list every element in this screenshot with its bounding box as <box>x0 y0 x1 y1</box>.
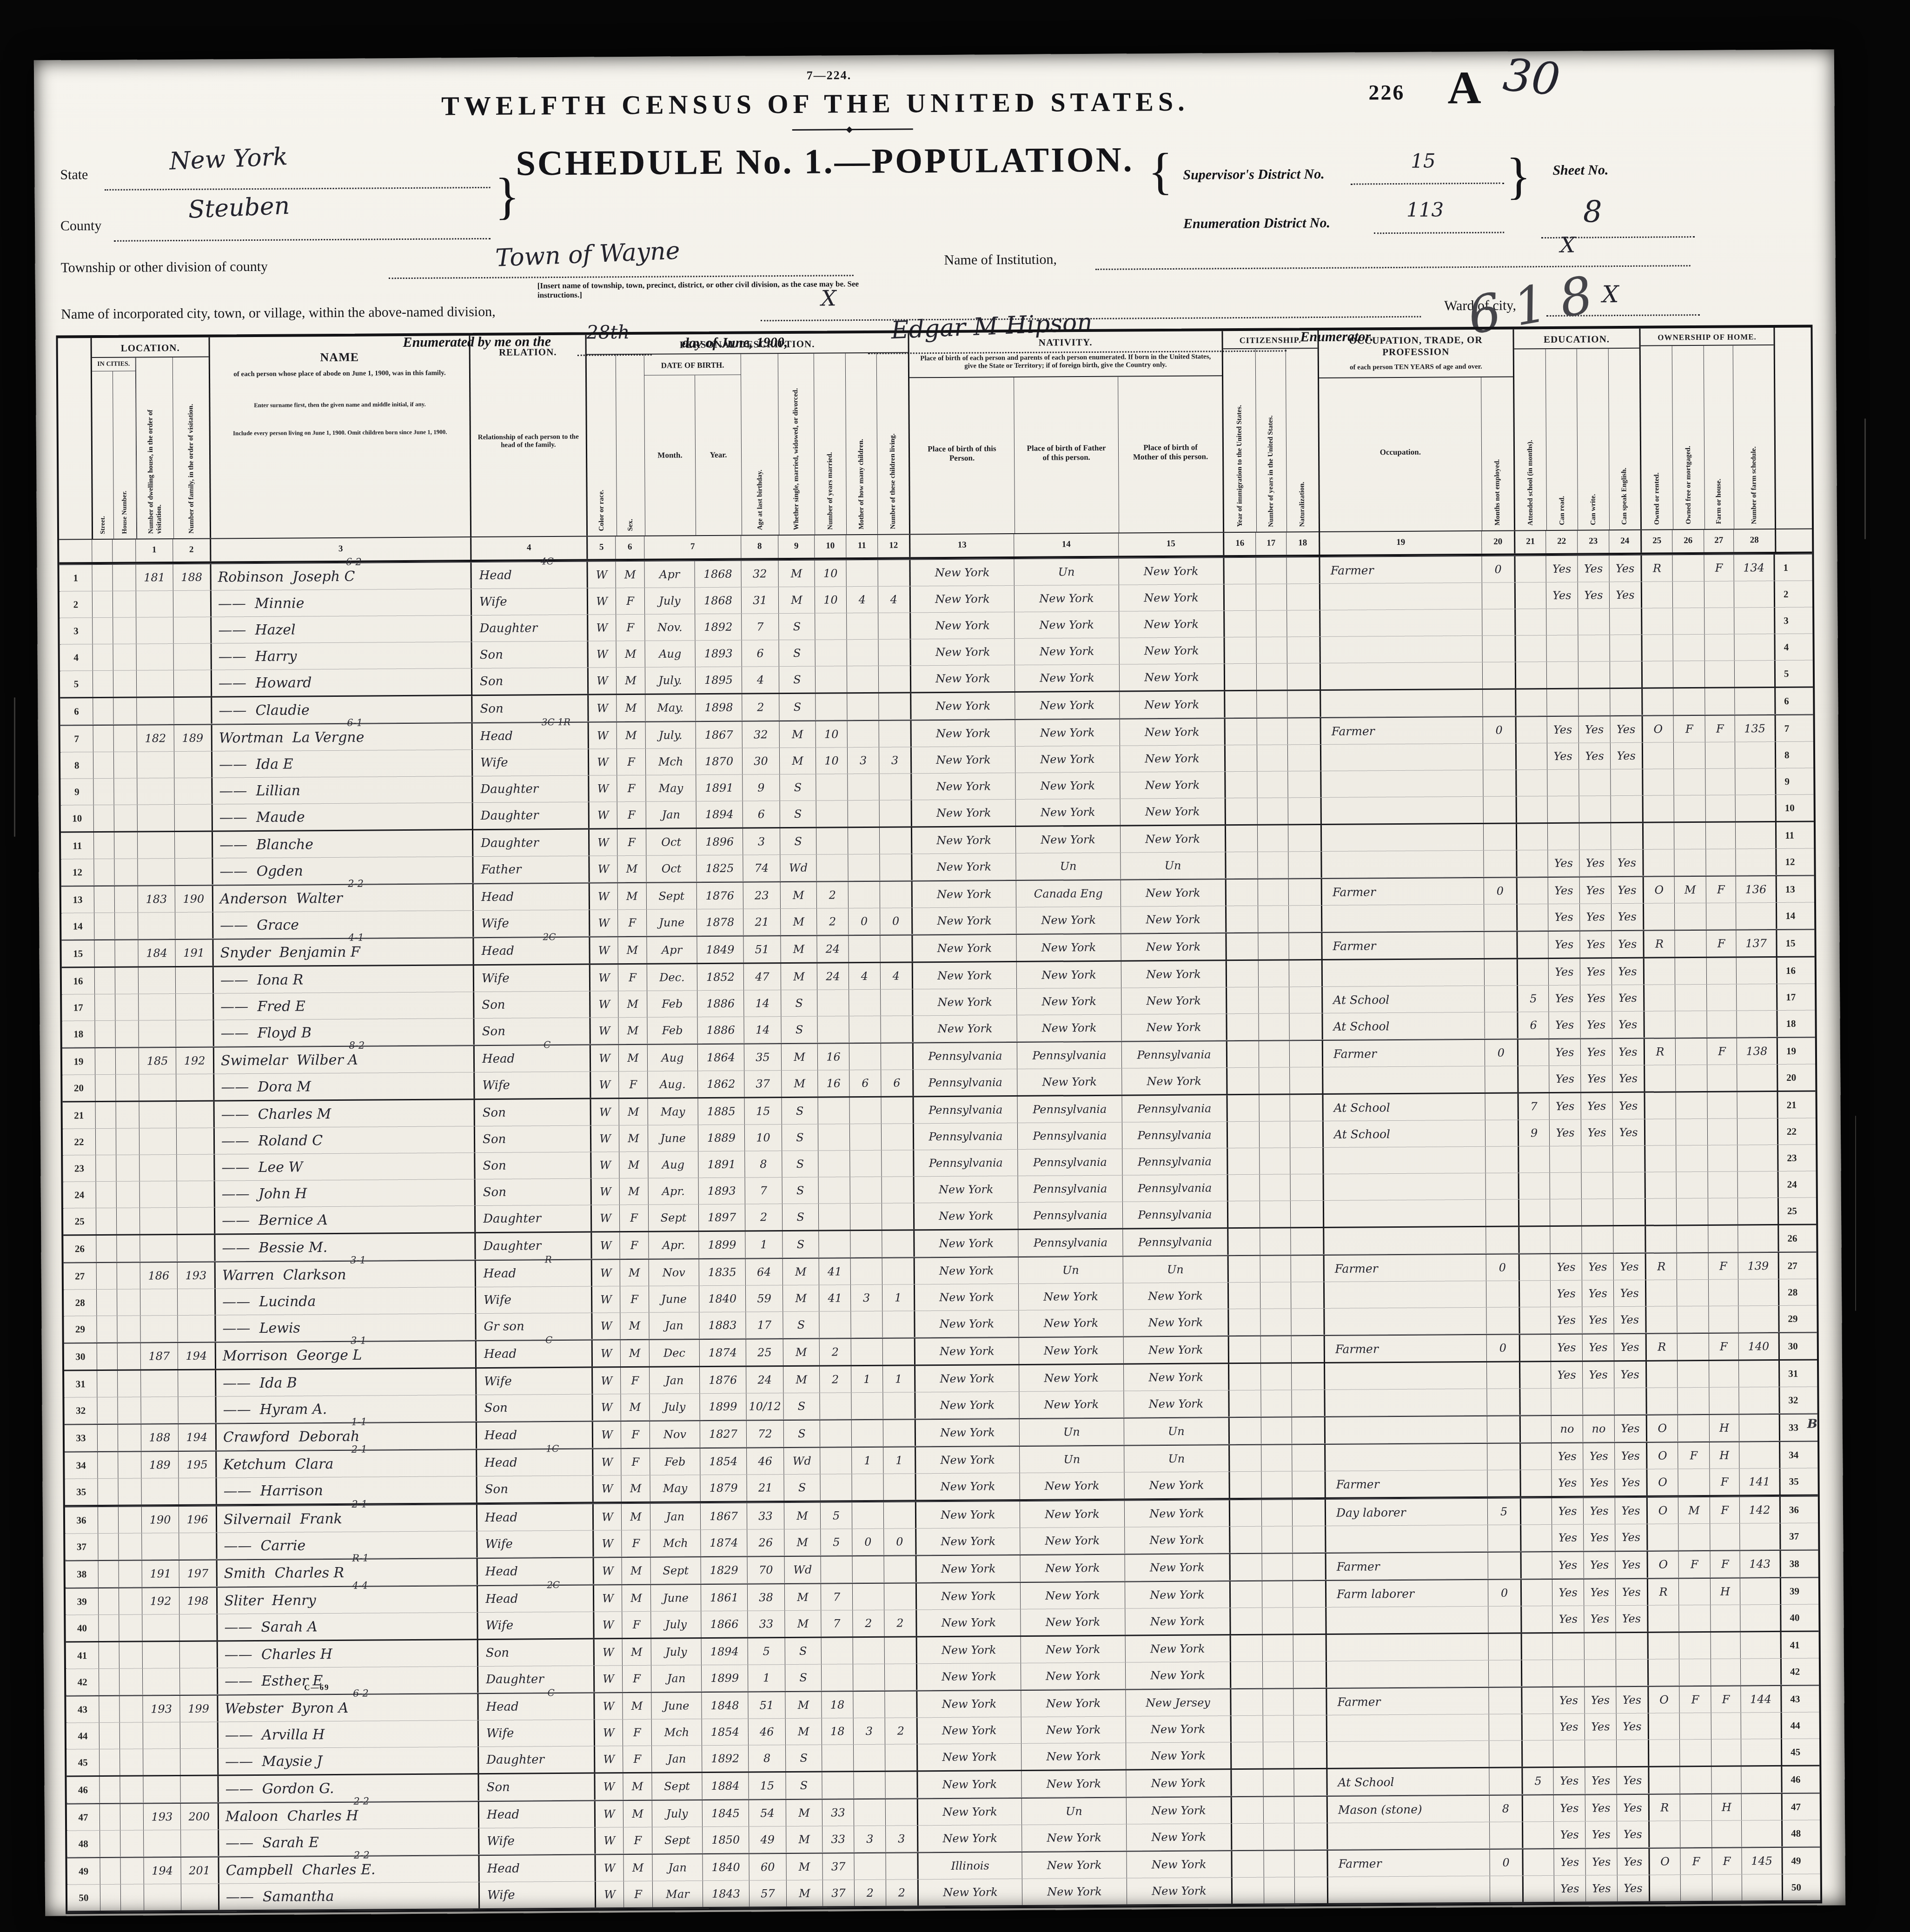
cell-fm <box>1678 1579 1710 1605</box>
cell-wr: Yes <box>1585 1821 1617 1847</box>
cell-mb <box>849 1098 881 1124</box>
cell-dw <box>138 967 175 993</box>
cell-age: 6 <box>743 801 780 827</box>
line-number: 11 <box>61 833 93 859</box>
cell-sex: F <box>623 1827 652 1853</box>
cell-ym <box>816 854 848 880</box>
column-number-3: 3 <box>210 537 470 561</box>
cell-wr <box>1582 1388 1614 1414</box>
cell-ml <box>885 1853 917 1879</box>
line-number: 4 <box>60 644 93 670</box>
cell-fh <box>1704 635 1734 661</box>
cell-fam <box>176 1102 213 1128</box>
cell-occ <box>1320 690 1482 717</box>
cell-fam <box>173 591 210 617</box>
cell-ho <box>119 1776 143 1802</box>
cell-mar: M <box>784 1584 821 1610</box>
cell-pb: New York <box>914 1338 1019 1364</box>
cell-sex: F <box>617 802 646 828</box>
occupation-sub: of each person TEN YEARS of age and over… <box>1319 360 1513 378</box>
cell-col: W <box>588 722 617 748</box>
cell-wr <box>1584 1660 1616 1686</box>
cell-name: —— Maysie J <box>217 1747 477 1774</box>
cell-pm: New York <box>1126 1851 1231 1878</box>
cell-mo: June <box>649 1286 699 1312</box>
cell-c17 <box>1260 1256 1291 1282</box>
col13-label: Place of birth of this Person. <box>922 444 1001 463</box>
cell-rel: Wife <box>475 1287 591 1314</box>
cell-mb <box>853 1664 884 1690</box>
cell-mne <box>1486 1281 1519 1307</box>
cell-ml: 2 <box>884 1610 915 1636</box>
line-number: 50 <box>67 1885 100 1911</box>
cell-col: W <box>589 937 617 963</box>
line-number: 8 <box>60 752 93 778</box>
cell-mne <box>1486 1173 1518 1199</box>
cell-pm: New York <box>1121 1014 1226 1040</box>
cell-occ: Farmer <box>1325 1553 1488 1580</box>
cell-mo: Jan <box>652 1854 702 1881</box>
cell-ym <box>818 1098 849 1124</box>
cell-yr: 1895 <box>695 667 742 694</box>
cell-ym: 41 <box>819 1285 850 1311</box>
cell-ml: 1 <box>882 1366 914 1392</box>
personal-label: PERSONAL DESCRIPTION. <box>586 333 908 355</box>
cell-c18 <box>1287 663 1320 689</box>
line-number: 2 <box>60 591 92 617</box>
cell-pb: Pennsylvania <box>912 1069 1017 1096</box>
cell-fh: F <box>1705 716 1735 742</box>
cell-name: —— Dora M <box>213 1072 473 1100</box>
col16-label: Year of immigration to the United States… <box>1235 405 1244 527</box>
cell-name: —— Lewis <box>214 1314 475 1341</box>
cell-c16 <box>1228 1364 1260 1390</box>
cell-age: 33 <box>747 1611 784 1637</box>
cell-mar: S <box>783 1393 819 1419</box>
cell-mo: July <box>650 1611 701 1638</box>
cell-c16 <box>1227 1175 1260 1201</box>
cell-mo: Mch <box>650 1530 700 1556</box>
right-line-number: 5 <box>1776 661 1813 687</box>
cell-fs <box>1740 1632 1782 1659</box>
cell-mar: M <box>783 1285 819 1311</box>
cell-c16 <box>1223 558 1255 584</box>
right-line-number: 37 <box>1781 1523 1818 1549</box>
cell-c16 <box>1229 1581 1262 1608</box>
cell-c17 <box>1263 1851 1294 1877</box>
cell-c18 <box>1294 1823 1326 1849</box>
line-number: 5 <box>60 671 93 697</box>
cell-own: R <box>1648 1794 1680 1820</box>
cell-sch <box>1519 1443 1551 1469</box>
cell-c18 <box>1293 1769 1326 1795</box>
right-line-number: 4 <box>1775 634 1812 660</box>
cell-c18 <box>1293 1715 1326 1741</box>
cell-rd: Yes <box>1552 1606 1584 1632</box>
cell-ym: 24 <box>816 936 848 962</box>
cell-pb: New York <box>911 854 1015 880</box>
tally-annotation: 2-1 <box>351 1444 367 1455</box>
right-line-number: 2 <box>1775 581 1812 607</box>
cell-wr <box>1581 1172 1613 1198</box>
cell-wr: Yes <box>1577 556 1609 582</box>
cell-fam <box>173 617 210 643</box>
cell-ym: 2 <box>819 1339 851 1365</box>
cell-yr: 1829 <box>701 1557 747 1584</box>
cell-col: W <box>590 1152 619 1178</box>
location-label: LOCATION. <box>92 337 208 358</box>
cell-pb: New York <box>909 559 1014 586</box>
cell-age: 54 <box>749 1800 786 1826</box>
cell-fam: 190 <box>175 886 212 912</box>
supervisor-line <box>1351 183 1504 185</box>
cell-pb: New York <box>917 1825 1021 1852</box>
cell-st <box>93 859 114 885</box>
cell-st <box>94 887 114 913</box>
cell-pb: New York <box>915 1473 1019 1500</box>
cell-c16 <box>1224 691 1256 717</box>
cell-sch <box>1520 1606 1552 1632</box>
cell-fs <box>1737 1145 1778 1171</box>
cell-mb <box>847 694 878 720</box>
cell-pm: New York <box>1123 1309 1227 1336</box>
cell-mo: July. <box>645 722 696 748</box>
cell-yr: 1848 <box>701 1693 748 1719</box>
cell-ym: 10 <box>816 748 847 774</box>
cell-c18 <box>1293 1742 1326 1768</box>
cell-mar: S <box>783 1312 819 1338</box>
line-number: 3 <box>60 618 92 644</box>
cell-c16 <box>1224 772 1257 798</box>
cell-en: Yes <box>1612 985 1643 1011</box>
cell-fm <box>1673 688 1704 715</box>
cell-ml <box>879 827 911 854</box>
cell-pb: New York <box>914 1310 1018 1337</box>
cell-c17 <box>1259 1121 1290 1147</box>
cell-pb: New York <box>909 586 1014 612</box>
cell-c17 <box>1256 637 1287 663</box>
cell-st <box>98 1588 119 1614</box>
cell-st <box>97 1343 117 1370</box>
cell-mo: Sept <box>650 1557 701 1584</box>
cell-ml <box>882 1177 913 1203</box>
cell-mo: July. <box>645 667 695 694</box>
cell-name: —— John H <box>214 1179 474 1207</box>
cell-mne <box>1489 1768 1521 1794</box>
cell-fam: 188 <box>172 564 210 590</box>
cell-fam <box>175 1020 212 1046</box>
cell-c17 <box>1256 584 1287 610</box>
cell-yr: 1845 <box>702 1800 749 1827</box>
cell-pm: New York <box>1120 719 1224 745</box>
cell-rel: Wife <box>476 1531 592 1558</box>
right-line-number: 31 <box>1780 1360 1817 1386</box>
cell-own <box>1642 769 1673 795</box>
cell-pf: New York <box>1020 1582 1125 1609</box>
cell-pm: New York <box>1121 933 1225 960</box>
cell-col: W <box>593 1666 622 1692</box>
cell-ho <box>118 1425 141 1451</box>
cell-pf: New York <box>1016 962 1121 988</box>
cell-fs <box>1738 1306 1779 1332</box>
tally-annotation: 6-1 <box>347 717 363 728</box>
cell-ho <box>113 618 136 644</box>
cell-pm: Pennsylvania <box>1122 1148 1227 1175</box>
cell-col: W <box>587 695 616 721</box>
cell-c18 <box>1289 987 1321 1013</box>
line-number: 38 <box>66 1561 98 1587</box>
cell-c17 <box>1259 1095 1289 1121</box>
cell-pm: New York <box>1121 1068 1226 1094</box>
cell-fs <box>1735 742 1776 768</box>
cell-mne: 5 <box>1487 1498 1520 1524</box>
cell-rd: Yes <box>1548 959 1580 985</box>
cell-mar: M <box>785 1692 821 1718</box>
right-line-number: 24 <box>1779 1171 1816 1197</box>
cell-occ: At School <box>1321 986 1484 1013</box>
cell-sex: M <box>615 562 644 588</box>
cell-name: Sliter Henry4-4 <box>216 1586 477 1614</box>
cell-st <box>99 1642 119 1668</box>
cell-own <box>1648 1767 1679 1793</box>
cell-fs <box>1738 1198 1779 1224</box>
cell-sex: F <box>622 1612 650 1638</box>
cell-own <box>1644 1145 1676 1171</box>
cell-en <box>1616 1660 1647 1686</box>
cell-ml <box>880 881 911 907</box>
cell-fh: F <box>1707 1039 1737 1065</box>
cell-age: 5 <box>748 1638 785 1664</box>
cell-fh <box>1711 1713 1741 1739</box>
column-number-4: 4 <box>470 537 586 560</box>
margin-annotation: B <box>1807 1417 1817 1431</box>
cell-mne: 0 <box>1485 1039 1517 1065</box>
cell-sex: F <box>623 1881 652 1907</box>
cell-occ <box>1324 1363 1486 1389</box>
cell-rel: Son <box>473 992 589 1019</box>
column-number-23: 23 <box>1577 530 1609 553</box>
cell-yr: 1827 <box>700 1421 746 1448</box>
cell-fs <box>1739 1415 1780 1441</box>
cell-age: 32 <box>742 721 779 748</box>
cell-fh <box>1705 823 1735 849</box>
cell-yr: 1840 <box>702 1854 749 1881</box>
cell-occ <box>1320 662 1482 689</box>
cell-ym: 2 <box>816 908 848 934</box>
cell-sex: M <box>623 1773 651 1800</box>
cell-own: R <box>1643 931 1674 957</box>
cell-occ <box>1325 1525 1487 1552</box>
cell-age: 26 <box>747 1529 784 1555</box>
cell-rel: Daughter <box>472 830 588 857</box>
cell-sex: M <box>617 937 646 963</box>
cell-fm <box>1677 1361 1709 1387</box>
cell-ho <box>119 1669 142 1695</box>
column-number-26: 26 <box>1672 530 1704 552</box>
cell-c16 <box>1226 961 1258 987</box>
cell-sch <box>1521 1740 1553 1767</box>
cell-name: —— Iona R <box>212 966 473 993</box>
cell-fs <box>1734 634 1775 661</box>
cell-own: R <box>1640 555 1672 581</box>
cell-fm <box>1678 1524 1710 1550</box>
cell-sex: M <box>616 668 645 694</box>
name-note2: Include every person living on June 1, 1… <box>211 426 470 439</box>
cell-rel: Daughter <box>474 1205 590 1232</box>
cell-dw: 189 <box>141 1452 178 1478</box>
cell-mo: May <box>645 775 696 801</box>
institution-value: X <box>1560 232 1575 258</box>
right-line-number: 45 <box>1782 1739 1819 1765</box>
cell-st <box>95 1129 116 1155</box>
cell-fam <box>178 1370 215 1396</box>
cell-yr: 1867 <box>696 722 742 748</box>
relation-annotation: 2C <box>543 931 556 942</box>
cell-fh <box>1704 688 1734 715</box>
cell-rd: Yes <box>1551 1362 1582 1388</box>
cell-name: —— Arvilla H <box>217 1720 477 1748</box>
cell-name: —— Maude <box>212 803 472 830</box>
right-line-number: 8 <box>1776 742 1813 768</box>
cell-c16 <box>1231 1878 1264 1904</box>
cell-c17 <box>1261 1526 1292 1552</box>
cell-c18 <box>1288 879 1321 905</box>
cell-mb: 4 <box>846 587 878 613</box>
cell-mne: 0 <box>1483 717 1515 743</box>
right-line-number: 33B <box>1780 1414 1817 1440</box>
cell-c17 <box>1260 1309 1291 1335</box>
cell-wr: Yes <box>1583 1469 1614 1495</box>
cell-age: 51 <box>748 1692 785 1718</box>
cell-dw: 184 <box>138 940 175 966</box>
cell-st <box>97 1479 118 1505</box>
cell-pm: New York <box>1121 880 1225 906</box>
cell-ml <box>879 800 911 826</box>
cell-mar: M <box>780 936 816 962</box>
group-location: LOCATION. IN CITIES. Street. House Numbe… <box>90 337 210 539</box>
cell-rd: Yes <box>1550 1307 1582 1333</box>
cell-age: 30 <box>742 748 779 774</box>
divider <box>792 128 913 131</box>
cell-ym: 7 <box>821 1584 852 1610</box>
cell-own <box>1643 903 1674 929</box>
cell-fm: M <box>1678 1497 1710 1523</box>
cell-sch <box>1520 1580 1552 1606</box>
cell-sex: F <box>623 1746 651 1772</box>
cell-c17 <box>1262 1635 1293 1661</box>
cell-ml <box>879 854 911 880</box>
cell-fam <box>175 913 212 939</box>
cell-en: Yes <box>1613 1280 1645 1306</box>
cell-own <box>1641 688 1673 715</box>
cell-fm <box>1680 1875 1712 1901</box>
cell-wr: Yes <box>1580 1065 1612 1092</box>
cell-mo: Oct <box>646 855 696 882</box>
cell-fh: F <box>1711 1848 1741 1874</box>
county-line <box>114 238 491 242</box>
cell-fs <box>1738 1279 1779 1306</box>
cell-pm: Pennsylvania <box>1122 1201 1227 1228</box>
cell-name: Crawford Deborah1-1 <box>215 1423 476 1450</box>
right-line-number: 50 <box>1783 1874 1820 1900</box>
cell-c17 <box>1256 663 1287 689</box>
right-line-number: 49 <box>1783 1847 1820 1873</box>
cell-mne <box>1483 796 1516 822</box>
cell-pf: New York <box>1021 1743 1126 1770</box>
cell-pm: New York <box>1126 1797 1231 1824</box>
cell-age: 57 <box>749 1880 786 1906</box>
cell-pf: Pennsylvania <box>1017 1149 1122 1176</box>
cell-rel: Daughter <box>474 1233 590 1260</box>
cell-rel: Wife <box>478 1828 594 1855</box>
cell-st <box>99 1777 119 1803</box>
cell-c16 <box>1223 584 1256 610</box>
cell-en <box>1612 1146 1644 1172</box>
col10-label: Number of years married. <box>826 452 835 529</box>
cell-pf: New York <box>1014 585 1119 612</box>
cell-fh <box>1708 1280 1738 1306</box>
cell-ho <box>115 968 138 994</box>
cell-ml <box>881 1124 913 1150</box>
cell-fm <box>1678 1469 1709 1495</box>
cell-st <box>96 1182 116 1208</box>
col28-label: Number of farm schedule. <box>1750 446 1758 524</box>
cell-fh <box>1710 1605 1740 1631</box>
line-number-column-header <box>58 338 92 539</box>
cell-ho <box>114 833 137 859</box>
cell-ml <box>882 1258 914 1284</box>
col20-label: Months not employed. <box>1493 459 1502 526</box>
cell-fs <box>1736 903 1777 929</box>
cell-mar: M <box>780 882 816 908</box>
cell-en <box>1610 662 1641 688</box>
brace-left: { <box>1148 142 1173 201</box>
cell-mo: May <box>650 1475 700 1502</box>
cell-age: 64 <box>745 1259 783 1285</box>
cell-yr: 1896 <box>696 829 743 855</box>
line-number: 14 <box>61 913 94 939</box>
cell-pf: New York <box>1019 1365 1123 1391</box>
cell-occ <box>1324 1416 1487 1443</box>
cell-wr: Yes <box>1578 743 1610 769</box>
cell-c17 <box>1260 1336 1291 1362</box>
cell-mo: June <box>646 909 696 936</box>
cell-mb: 3 <box>847 748 879 774</box>
cell-col: W <box>589 910 617 936</box>
cell-mar: S <box>778 640 815 666</box>
cell-name: —— Bernice A <box>214 1206 474 1233</box>
cell-en: Yes <box>1614 1334 1645 1360</box>
cell-sch <box>1517 1066 1549 1092</box>
cell-name: —— Hazel <box>210 615 471 643</box>
cell-pb: New York <box>913 1176 1018 1203</box>
cell-own <box>1645 1388 1677 1414</box>
cell-mar: S <box>781 1017 817 1043</box>
cell-mo: Jan <box>651 1665 701 1692</box>
cell-ym <box>821 1638 853 1664</box>
cell-en: Yes <box>1615 1498 1646 1524</box>
right-line-number: 46 <box>1782 1766 1819 1792</box>
cell-fs <box>1738 1387 1780 1414</box>
cell-name: —— Hyram A. <box>215 1395 475 1423</box>
cell-ym <box>818 1204 850 1230</box>
cell-en: Yes <box>1611 877 1643 903</box>
tally-annotation: 2-2 <box>353 1796 369 1807</box>
right-line-number: 10 <box>1777 795 1814 821</box>
stamp-number: 30 <box>1501 48 1563 106</box>
cell-mb: 6 <box>849 1070 881 1096</box>
cell-col: W <box>591 1394 620 1420</box>
